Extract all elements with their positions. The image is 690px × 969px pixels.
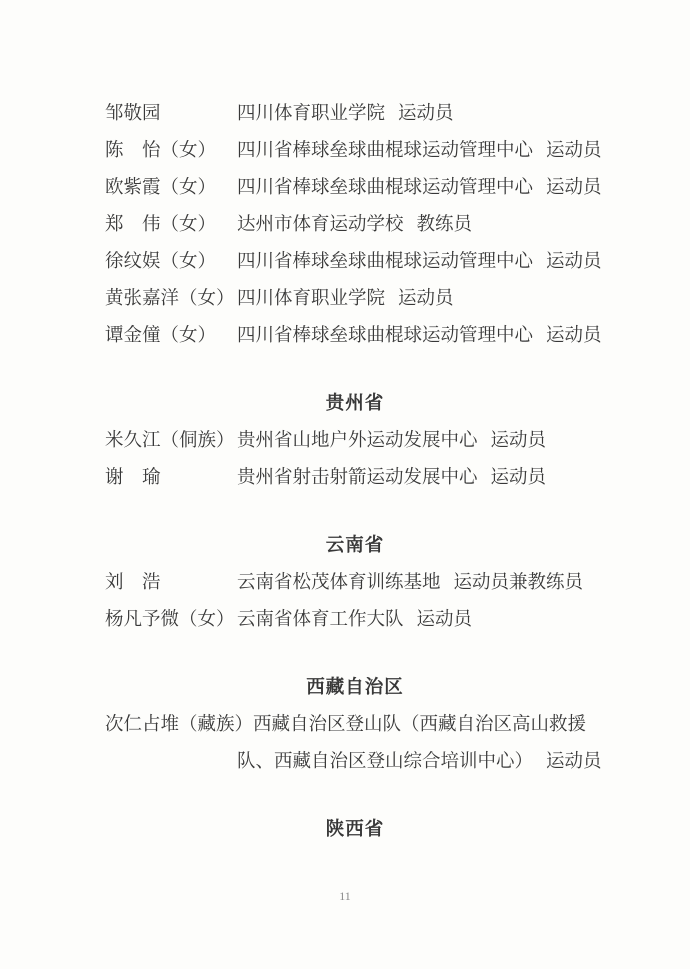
role: 运动员 [546, 750, 602, 771]
roster-entry: 米久江（侗族）贵州省山地户外运动发展中心运动员 [105, 421, 605, 458]
role: 运动员兼教练员 [454, 571, 584, 592]
page-number: 11 [0, 889, 690, 904]
roster-entry: 陈 怡（女）四川省棒球垒球曲棍球运动管理中心运动员 [105, 131, 605, 168]
entry-details: 四川省棒球垒球曲棍球运动管理中心运动员 [237, 131, 605, 168]
section-heading: 陕西省 [105, 810, 605, 847]
organization: 达州市体育运动学校 [237, 213, 404, 234]
roster-entry: 刘 浩云南省松茂体育训练基地运动员兼教练员 [105, 563, 605, 600]
organization: 贵州省射击射箭运动发展中心 [237, 466, 478, 487]
organization: 四川体育职业学院 [237, 287, 385, 308]
person-name: 次仁占堆（藏族） [105, 705, 253, 742]
entry-details: 西藏自治区登山队（西藏自治区高山救援队、西藏自治区登山综合培训中心）运动员 [237, 705, 605, 779]
person-name: 邹敬园 [105, 94, 237, 131]
entry-details: 四川省棒球垒球曲棍球运动管理中心运动员 [237, 242, 605, 279]
roster-entry: 次仁占堆（藏族）西藏自治区登山队（西藏自治区高山救援队、西藏自治区登山综合培训中… [105, 705, 605, 779]
entry-details: 达州市体育运动学校教练员 [237, 205, 605, 242]
roster-entry: 谢 瑜贵州省射击射箭运动发展中心运动员 [105, 458, 605, 495]
organization: 四川省棒球垒球曲棍球运动管理中心 [237, 324, 533, 345]
section-heading: 云南省 [105, 526, 605, 563]
entry-details: 四川省棒球垒球曲棍球运动管理中心运动员 [237, 316, 605, 353]
entry-details: 四川体育职业学院运动员 [237, 94, 605, 131]
document-page: 邹敬园四川体育职业学院运动员陈 怡（女）四川省棒球垒球曲棍球运动管理中心运动员欧… [0, 0, 690, 969]
organization: 云南省体育工作大队 [237, 608, 404, 629]
roster-entry: 谭金僮（女）四川省棒球垒球曲棍球运动管理中心运动员 [105, 316, 605, 353]
section-heading: 西藏自治区 [105, 668, 605, 705]
role: 运动员 [417, 608, 473, 629]
entry-details: 云南省松茂体育训练基地运动员兼教练员 [237, 563, 605, 600]
role: 运动员 [491, 466, 547, 487]
document-content: 邹敬园四川体育职业学院运动员陈 怡（女）四川省棒球垒球曲棍球运动管理中心运动员欧… [0, 0, 690, 847]
person-name: 黄张嘉洋（女） [105, 279, 237, 316]
role: 运动员 [546, 139, 602, 160]
role: 运动员 [546, 324, 602, 345]
organization: 四川体育职业学院 [237, 102, 385, 123]
person-name: 徐纹娱（女） [105, 242, 237, 279]
organization: 四川省棒球垒球曲棍球运动管理中心 [237, 250, 533, 271]
entry-details: 贵州省山地户外运动发展中心运动员 [237, 421, 605, 458]
role: 运动员 [546, 176, 602, 197]
role: 运动员 [398, 102, 454, 123]
person-name: 郑 伟（女） [105, 205, 237, 242]
roster-entry: 郑 伟（女）达州市体育运动学校教练员 [105, 205, 605, 242]
person-name: 欧紫霞（女） [105, 168, 237, 205]
entry-details: 四川省棒球垒球曲棍球运动管理中心运动员 [237, 168, 605, 205]
roster-entry: 黄张嘉洋（女）四川体育职业学院运动员 [105, 279, 605, 316]
role: 运动员 [398, 287, 454, 308]
person-name: 谢 瑜 [105, 458, 237, 495]
organization: 四川省棒球垒球曲棍球运动管理中心 [237, 139, 533, 160]
person-name: 杨凡予微（女） [105, 600, 237, 637]
entry-details: 四川体育职业学院运动员 [237, 279, 605, 316]
organization: 云南省松茂体育训练基地 [237, 571, 441, 592]
roster-entry: 邹敬园四川体育职业学院运动员 [105, 94, 605, 131]
section-heading: 贵州省 [105, 384, 605, 421]
person-name: 谭金僮（女） [105, 316, 237, 353]
role: 运动员 [491, 429, 547, 450]
organization: 四川省棒球垒球曲棍球运动管理中心 [237, 176, 533, 197]
role: 运动员 [546, 250, 602, 271]
entry-details: 贵州省射击射箭运动发展中心运动员 [237, 458, 605, 495]
person-name: 陈 怡（女） [105, 131, 237, 168]
organization: 贵州省山地户外运动发展中心 [237, 429, 478, 450]
roster-entry: 欧紫霞（女）四川省棒球垒球曲棍球运动管理中心运动员 [105, 168, 605, 205]
person-name: 米久江（侗族） [105, 421, 237, 458]
roster-entry: 杨凡予微（女）云南省体育工作大队运动员 [105, 600, 605, 637]
person-name: 刘 浩 [105, 563, 237, 600]
entry-details: 云南省体育工作大队运动员 [237, 600, 605, 637]
organization: 西藏自治区登山队（西藏自治区高山救援队、西藏自治区登山综合培训中心） [237, 713, 586, 771]
role: 教练员 [417, 213, 473, 234]
roster-entry: 徐纹娱（女）四川省棒球垒球曲棍球运动管理中心运动员 [105, 242, 605, 279]
